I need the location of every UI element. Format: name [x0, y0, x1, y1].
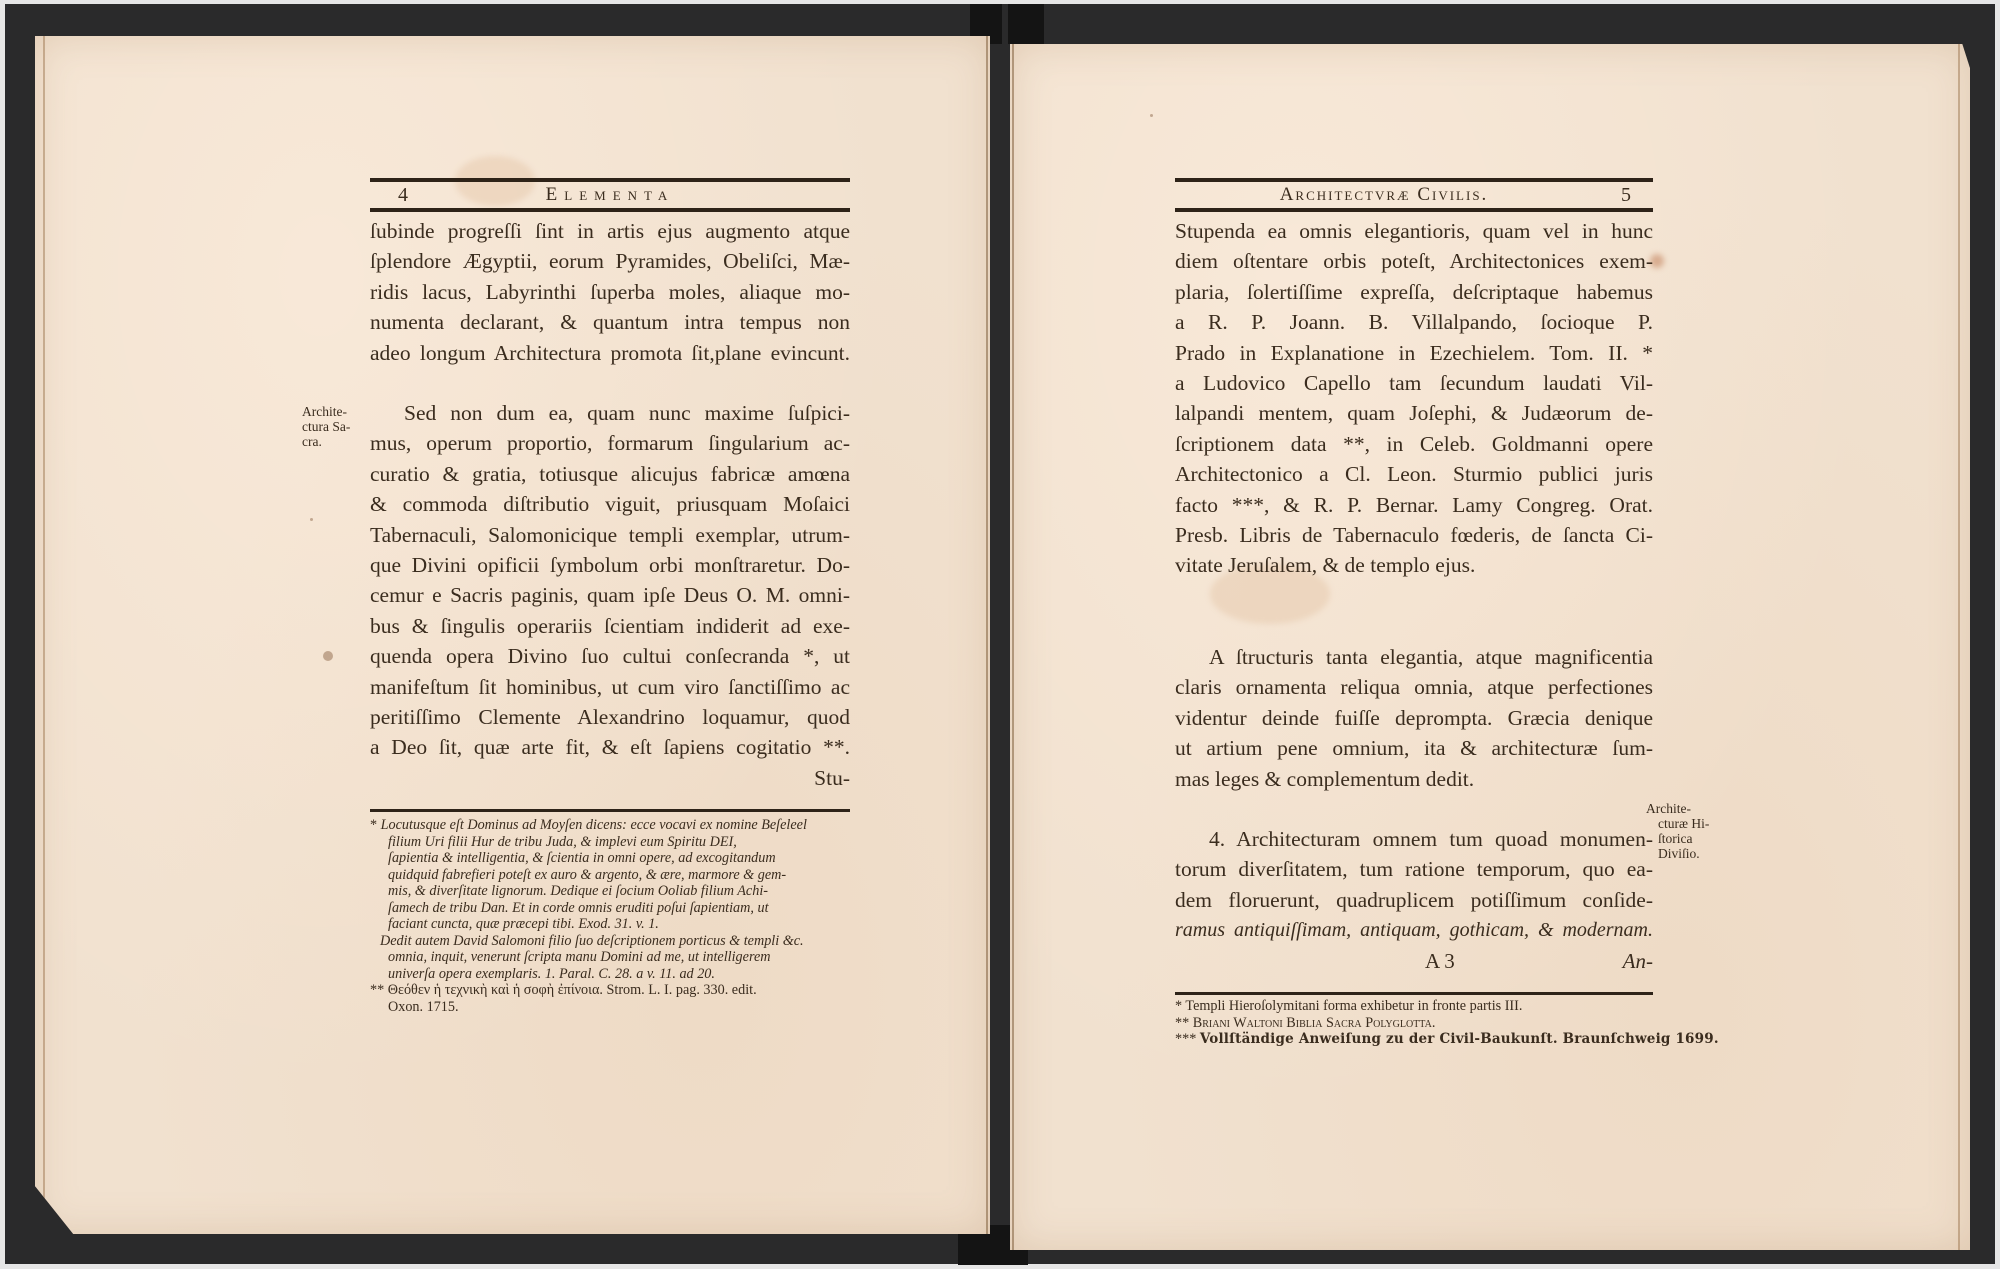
text-line: diem oſtentare orbis poteſt, Architecton… [1175, 246, 1653, 276]
marginal-note-historica-divisio: Archite- cturæ Hi- ſtorica Diviſio. [1646, 801, 1716, 861]
text-line: numenta declarant, & quantum intra tempu… [370, 307, 850, 337]
right-paragraph-2: A ſtructuris tanta elegantia, atque magn… [1175, 642, 1653, 794]
footnote-line: quidquid fabrefieri poteſt ex auro & arg… [370, 867, 850, 884]
marginal-line: ſtorica [1646, 831, 1716, 846]
footnote-text: Templi Hieroſolymitani forma exhibetur i… [1185, 998, 1522, 1014]
text-line: plaria, ſolertiſſime expreſſa, deſcripta… [1175, 277, 1653, 307]
footnote-marker: *** [1175, 1031, 1196, 1047]
footnote-line: filium Uri filii Hur de tribu Juda, & im… [370, 834, 850, 851]
text-line: curatio & gratia, totiusque alicujus fab… [370, 459, 850, 489]
footnote-line: mis, & diverſitate lignorum. Dedique ei … [370, 883, 850, 900]
footnote-line: *** Vollſtändige Anweiſung zu der Civil-… [1175, 1031, 1695, 1048]
paper-speck [323, 651, 333, 661]
left-footnotes: * Locutusque eſt Dominus ad Moyſen dicen… [370, 817, 850, 1015]
footnote-line: univerſa opera exemplaris. 1. Paral. C. … [370, 966, 850, 983]
footnote-rule [370, 809, 850, 812]
text-line: peritiſſimo Clemente Alexandrino loquamu… [370, 702, 850, 732]
marginal-line: Diviſio. [1646, 846, 1716, 861]
footnote-line: faciant cuncta, quæ præcepi tibi. Exod. … [370, 916, 850, 933]
text-line: bus & ſingulis operariis ſcientiam indid… [370, 611, 850, 641]
left-paragraph-2: Sed non dum ea, quam nunc maxime ſuſpici… [370, 398, 850, 793]
marginal-line: Archite- [302, 404, 350, 419]
text-line: Sed non dum ea, quam nunc maxime ſuſpici… [370, 398, 850, 428]
page-number: 5 [1621, 184, 1631, 207]
left-paragraph-1: ſubinde progreſſi ſint in artis ejus aug… [370, 216, 850, 368]
catchword: An- [1623, 946, 1653, 976]
footnote-line: ** Briani Waltoni Biblia Sacra Polyglott… [1175, 1015, 1695, 1032]
right-gutter-fold [1012, 44, 1014, 1250]
text-line: facto ***, & R. P. Bernar. Lamy Congreg.… [1175, 490, 1653, 520]
footnote-text: Vollſtändige Anweiſung zu der Civil-Bauk… [1200, 1031, 1719, 1047]
text-line: adeo longum Architectura promota ſit,pla… [370, 338, 850, 368]
footnote-line: ſapientia & intelligentia, & ſcientia in… [370, 850, 850, 867]
text-line: Architectonico a Cl. Leon. Sturmio publi… [1175, 459, 1653, 489]
footnote-line: omnia, inquit, venerunt ſcripta manu Dom… [370, 949, 850, 966]
text-line: ridis lacus, Labyrinthi ſuperba moles, a… [370, 277, 850, 307]
footnote-marker: ** [1175, 1015, 1189, 1031]
text-line: videntur deinde fuiſſe deprompta. Græcia… [1175, 703, 1653, 733]
running-title: Elementa [370, 184, 850, 206]
footnote-marker: * [1175, 998, 1182, 1014]
signature-mark: A 3 [1425, 946, 1455, 976]
footnote-marker: * [370, 817, 377, 833]
footnote-text: Locutusque eſt Dominus ad Moyſen dicens:… [381, 817, 807, 833]
footnote-line: Dedit autem David Salomoni filio ſuo deſ… [370, 933, 850, 950]
text-line: cemur e Sacris paginis, quam ipſe Deus O… [370, 580, 850, 610]
right-running-head: Architectvræ Civilis. 5 [1175, 178, 1653, 212]
text-line: a R. P. Joann. B. Villalpando, ſocioque … [1175, 307, 1653, 337]
text-line: Prado in Explanatione in Ezechielem. Tom… [1175, 338, 1653, 368]
text-line: Stupenda ea omnis elegantioris, quam vel… [1175, 216, 1653, 246]
running-title: Architectvræ Civilis. [1175, 184, 1593, 206]
footnote-text: Θεόθεν ἡ τεχνικὴ καὶ ἡ σοφὴ ἐπίνοια. Str… [388, 982, 757, 998]
footnote-line: * Templi Hieroſolymitani forma exhibetur… [1175, 998, 1695, 1015]
text-line: manifeſtum ſit hominibus, ut cum viro ſa… [370, 672, 850, 702]
marginal-line: ctura Sa- [302, 419, 350, 434]
text-line: ramus antiquiſſimam, antiquam, gothicam,… [1175, 915, 1653, 945]
text-line: a Deo ſit, quæ arte fit, & eſt ſapiens c… [370, 732, 850, 762]
marginal-note-architectura-sacra: Archite- ctura Sa- cra. [302, 404, 350, 449]
footnote-line: ** Θεόθεν ἡ τεχνικὴ καὶ ἡ σοφὴ ἐπίνοια. … [370, 982, 850, 999]
marginal-line: cra. [302, 434, 350, 449]
text-line: vitate Jeruſalem, & de templo ejus. [1175, 550, 1653, 580]
footnote-line: ſamech de tribu Dan. Et in corde omnis e… [370, 900, 850, 917]
text-line: mas leges & complementum dedit. [1175, 764, 1653, 794]
text-line: claris ornamenta reliqua omnia, atque pe… [1175, 672, 1653, 702]
text-line: A ſtructuris tanta elegantia, atque magn… [1175, 642, 1653, 672]
paper-speck [310, 518, 313, 521]
text-line: mus, operum proportio, formarum ſingular… [370, 428, 850, 458]
text-line: ſplendore Ægyptii, eorum Pyramides, Obel… [370, 246, 850, 276]
footnote-line: * Locutusque eſt Dominus ad Moyſen dicen… [370, 817, 850, 834]
right-paragraph-3: 4. Architecturam omnem tum quoad monumen… [1175, 824, 1653, 946]
text-line: ſubinde progreſſi ſint in artis ejus aug… [370, 216, 850, 246]
text-line: & commoda diſtributio viguit, priusquam … [370, 489, 850, 519]
marginal-line: Archite- [1646, 801, 1716, 816]
left-running-head: 4 Elementa [370, 178, 850, 212]
marginal-line: cturæ Hi- [1646, 816, 1716, 831]
text-line: Tabernaculi, Salomonicique templi exempl… [370, 520, 850, 550]
spine-tab-top-right [1008, 4, 1044, 44]
text-line: que Divini opificii ſymbolum orbi monſtr… [370, 550, 850, 580]
text-line: dem floruerunt, quadruplicem potiſſimum … [1175, 885, 1653, 915]
footnote-text: Briani Waltoni Biblia Sacra Polyglotta. [1193, 1015, 1436, 1031]
text-line: a Ludovico Capello tam ſecundum laudati … [1175, 368, 1653, 398]
right-paragraph-1: Stupenda ea omnis elegantioris, quam vel… [1175, 216, 1653, 581]
text-line: torum diverſitatem, tum ratione temporum… [1175, 854, 1653, 884]
text-line: 4. Architecturam omnem tum quoad monumen… [1175, 824, 1653, 854]
right-footnotes: * Templi Hieroſolymitani forma exhibetur… [1175, 998, 1695, 1048]
left-page: 4 Elementa ſubinde progreſſi ſint in art… [35, 36, 990, 1234]
text-line: ſcriptionem data **, in Celeb. Goldmanni… [1175, 429, 1653, 459]
footnote-marker: ** [370, 982, 384, 998]
left-page-edge [43, 36, 45, 1234]
catchword: Stu- [370, 763, 850, 793]
footnote-rule [1175, 992, 1653, 995]
text-line: ut artium pene omnium, ita & architectur… [1175, 733, 1653, 763]
right-page: Architectvræ Civilis. 5 Stupenda ea omni… [1010, 44, 1970, 1250]
text-line: lalpandi mentem, quam Joſephi, & Judæoru… [1175, 398, 1653, 428]
text-line: Presb. Libris de Tabernaculo fœderis, de… [1175, 520, 1653, 550]
right-page-edge [1958, 44, 1960, 1250]
text-line: quenda opera Divino ſuo cultui conſecran… [370, 641, 850, 671]
footnote-line: Oxon. 1715. [370, 999, 850, 1016]
paper-speck [1150, 114, 1153, 117]
left-gutter-fold [986, 36, 988, 1234]
